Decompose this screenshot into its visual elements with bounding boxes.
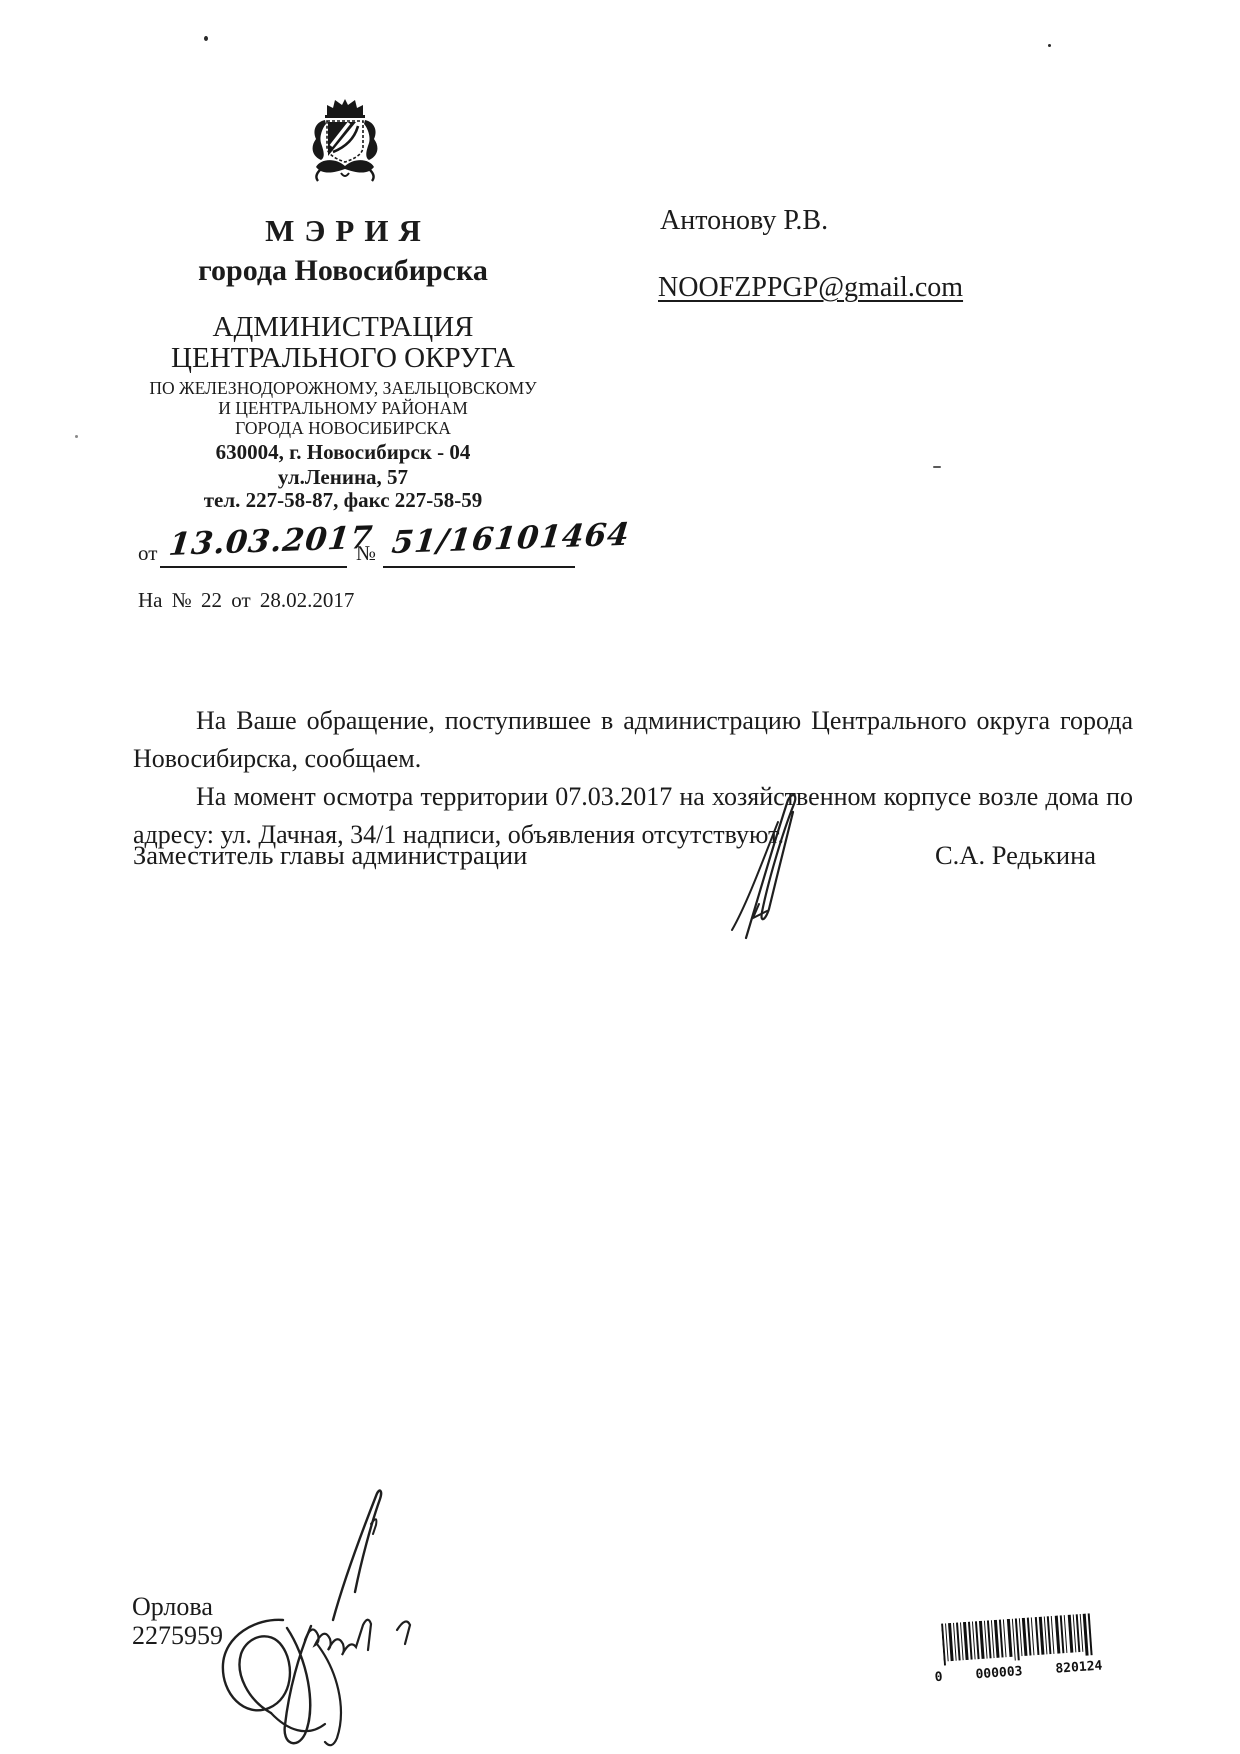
recipient-email: NOOFZPPGP@gmail.com — [658, 272, 963, 304]
date-underline — [160, 566, 347, 568]
scanned-letter-page: МЭРИЯ города Новосибирска АДМИНИСТРАЦИЯ … — [0, 0, 1240, 1754]
department-line1: АДМИНИСТРАЦИЯ — [103, 311, 583, 344]
district-line3: ГОРОДА НОВОСИБИРСКА — [103, 418, 583, 439]
handwritten-number: 51/16101464 — [390, 517, 632, 561]
barcode-group2: 820124 — [1053, 1659, 1105, 1676]
org-name-line1: МЭРИЯ — [103, 213, 583, 249]
address-phones: тел. 227-58-87, факс 227-58-59 — [103, 488, 583, 513]
letter-body: На Ваше обращение, поступившее в админис… — [133, 702, 1133, 854]
recipient-name: Антонову Р.В. — [660, 205, 828, 237]
signoff-name: С.А. Редькина — [935, 840, 1096, 871]
barcode-bars — [941, 1613, 1094, 1667]
number-underline — [383, 566, 575, 568]
ref-from-label: от — [138, 541, 157, 566]
signoff-title: Заместитель главы администрации — [133, 840, 527, 871]
barcode: 0 000003 820124 — [941, 1612, 1105, 1685]
barcode-prefix: 0 — [932, 1671, 945, 1685]
executor-signature-stroke — [185, 1468, 445, 1754]
letterhead: МЭРИЯ города Новосибирска АДМИНИСТРАЦИЯ … — [103, 0, 583, 520]
barcode-group1: 000003 — [973, 1665, 1025, 1682]
scan-speck — [1048, 44, 1051, 47]
in-reply-to-line: На № 22 от 28.02.2017 — [138, 588, 354, 613]
scan-speck — [75, 435, 78, 438]
org-name-line2: города Новосибирска — [103, 254, 583, 288]
handwritten-date: 13.03.2017 — [167, 520, 375, 563]
address-street: ул.Ленина, 57 — [103, 465, 583, 490]
address-postal: 630004, г. Новосибирск - 04 — [103, 440, 583, 465]
signature-stroke — [718, 790, 828, 940]
body-paragraph-1: На Ваше обращение, поступившее в админис… — [133, 702, 1133, 778]
district-line2: И ЦЕНТРАЛЬНОМУ РАЙОНАМ — [103, 398, 583, 419]
department-line2: ЦЕНТРАЛЬНОГО ОКРУГА — [103, 342, 583, 375]
scan-speck — [933, 466, 941, 468]
district-line1: ПО ЖЕЛЕЗНОДОРОЖНОМУ, ЗАЕЛЬЦОВСКОМУ — [103, 378, 583, 399]
ref-number-label: № — [356, 541, 376, 566]
scan-speck — [204, 36, 208, 41]
